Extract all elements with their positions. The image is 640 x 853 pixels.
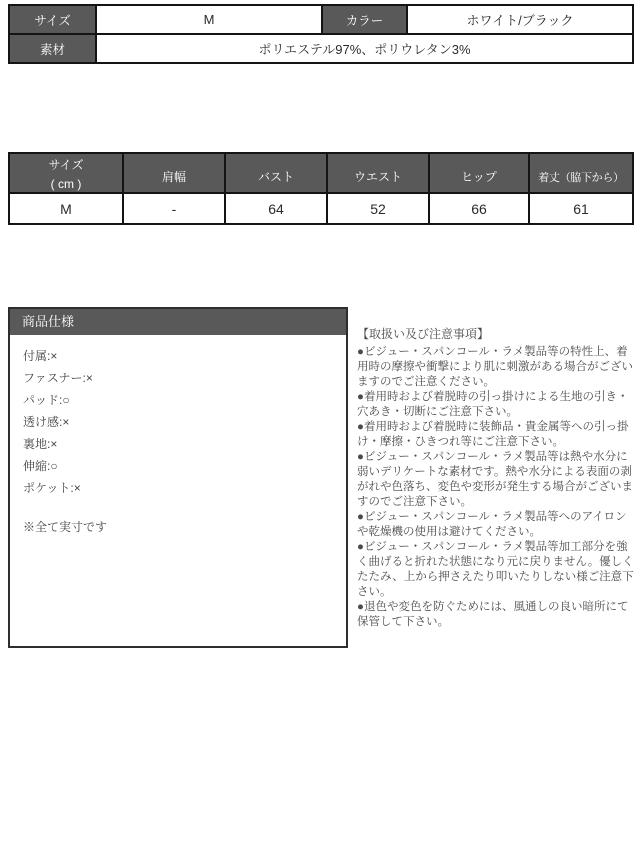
size-m-cell: M [9,193,123,224]
size-label-cell: サイズ [9,5,96,34]
bust-value-cell: 64 [225,193,327,224]
size-color-row: サイズ M カラー ホワイト/ブラック [9,5,633,34]
measurement-table: サイズ ( cm ) 肩幅 バスト ウエスト ヒップ 着丈（脇下から） M - … [8,152,634,225]
size-cm-header-line1: サイズ [10,154,122,173]
bust-header-cell: バスト [225,153,327,193]
spec-item-pad: パッド:○ [23,391,336,408]
product-spec-page: サイズ M カラー ホワイト/ブラック 素材 ポリエステル97%、ポリウレタン3… [0,0,640,853]
size-value-cell: M [96,5,322,34]
waist-value-cell: 52 [327,193,429,224]
care-note-bending: ●ビジュー・スパンコール・ラメ製品等加工部分を強く曲げると折れた状態になり元に戻… [357,540,638,600]
waist-header-cell: ウエスト [327,153,429,193]
measurement-value-row: M - 64 52 66 61 [9,193,633,224]
care-note-jewelry: ●着用時および着脱時に装飾品・貴金属等への引っ掛け・摩擦・ひきつれ等にご注意下さ… [357,420,638,450]
spec-item-sheerness: 透け感:× [23,413,336,430]
product-summary-table: サイズ M カラー ホワイト/ブラック 素材 ポリエステル97%、ポリウレタン3… [8,4,634,64]
spec-item-accessory: 付属:× [23,347,336,364]
size-cm-header-cell: サイズ ( cm ) [9,153,123,193]
color-value-cell: ホワイト/ブラック [407,5,633,34]
spec-item-stretch: 伸縮:○ [23,457,336,474]
color-label-cell: カラー [322,5,407,34]
length-header-cell: 着丈（脇下から） [529,153,633,193]
hip-header-cell: ヒップ [429,153,529,193]
measurement-header-row: サイズ ( cm ) 肩幅 バスト ウエスト ヒップ 着丈（脇下から） [9,153,633,193]
care-note-snagging: ●着用時および着脱時の引っ掛けによる生地の引き・穴あき・切断にご注意下さい。 [357,390,638,420]
material-row: 素材 ポリエステル97%、ポリウレタン3% [9,34,633,63]
care-notes-section: 【取扱い及び注意事項】 ●ビジュー・スパンコール・ラメ製品等の特性上、着用時の摩… [357,327,638,630]
care-note-friction: ●ビジュー・スパンコール・ラメ製品等の特性上、着用時の摩擦や衝撃により肌に刺激が… [357,345,638,390]
shoulder-width-header-cell: 肩幅 [123,153,225,193]
size-cm-header-line2: ( cm ) [10,173,122,192]
shoulder-width-value-cell: - [123,193,225,224]
care-note-heat-moisture: ●ビジュー・スパンコール・ラメ製品等は熱や水分に弱いデリケートな素材です。熱や水… [357,450,638,510]
product-spec-list: 付属:× ファスナー:× パッド:○ 透け感:× 裏地:× 伸縮:○ ポケット:… [10,335,346,535]
care-note-iron-dryer: ●ビジュー・スパンコール・ラメ製品等へのアイロンや乾燥機の使用は避けてください。 [357,510,638,540]
spec-footnote: ※全て実寸です [23,518,336,535]
spec-item-lining: 裏地:× [23,435,336,452]
material-value-cell: ポリエステル97%、ポリウレタン3% [96,34,633,63]
product-spec-box: 商品仕様 付属:× ファスナー:× パッド:○ 透け感:× 裏地:× 伸縮:○ … [8,307,348,648]
spec-item-pocket: ポケット:× [23,479,336,496]
material-label-cell: 素材 [9,34,96,63]
hip-value-cell: 66 [429,193,529,224]
length-value-cell: 61 [529,193,633,224]
care-note-storage: ●退色や変色を防ぐためには、風通しの良い暗所にて保管して下さい。 [357,600,638,630]
care-notes-title: 【取扱い及び注意事項】 [357,327,638,342]
product-spec-box-title: 商品仕様 [10,309,346,335]
spec-item-fastener: ファスナー:× [23,369,336,386]
